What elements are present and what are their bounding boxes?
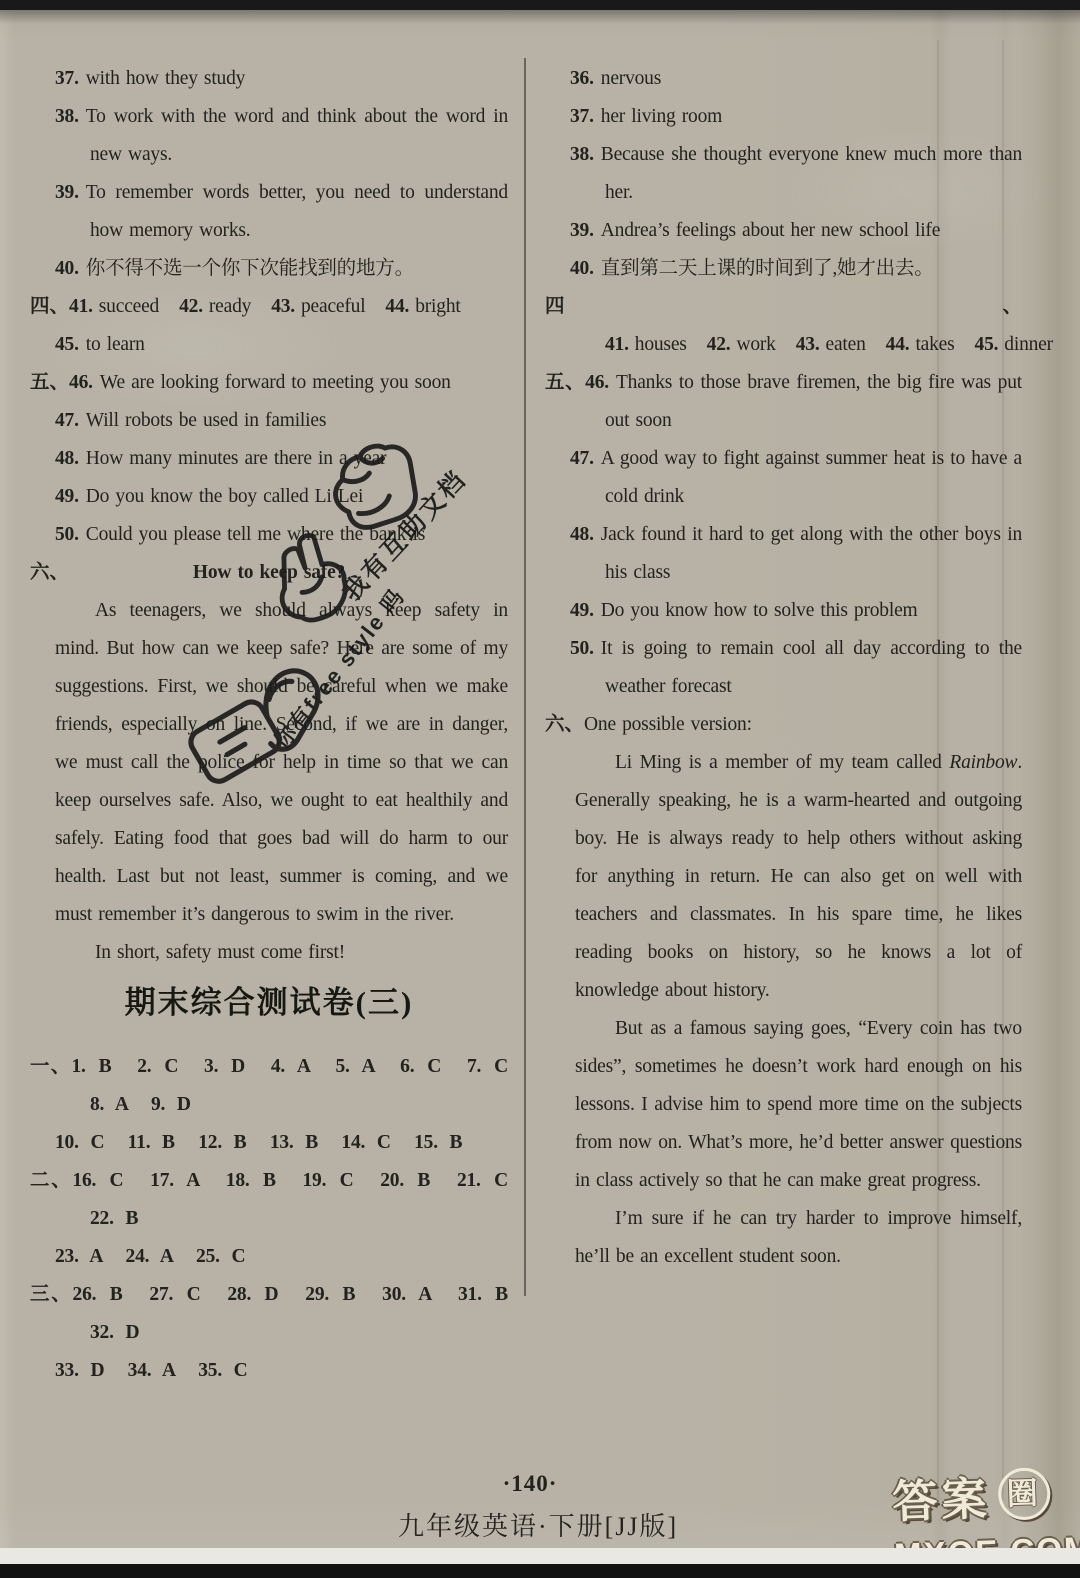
- item-number: 46.: [585, 372, 609, 393]
- answer-item: 47.Will robots be used in families: [30, 402, 508, 440]
- essay-title: How to keep safe?: [193, 562, 345, 583]
- item-text: How many minutes are there in a year: [86, 448, 387, 469]
- item-number: 49.: [55, 486, 79, 507]
- page-number: ·140·: [470, 1471, 590, 1497]
- item-number: 37.: [55, 68, 79, 89]
- answer-item-section4: 四、41.succeed42.ready43.peaceful44.bright: [30, 288, 508, 326]
- answer-item: 36.nervous: [545, 60, 1022, 98]
- answer-item: 38.To work with the word and think about…: [30, 98, 508, 174]
- brand-name: 答案: [891, 1462, 991, 1530]
- answer-item-section4: 四、41.houses42.work43.eaten44.takes45.din…: [545, 288, 1022, 364]
- item-number: 42.: [707, 334, 731, 355]
- item-number: 47.: [55, 410, 79, 431]
- test-paper-heading: 期末综合测试卷(三): [30, 978, 508, 1028]
- item-number: 47.: [570, 448, 594, 469]
- multiple-choice-row: 10. C 11. B 12. B 13. B 14. C 15. B: [30, 1124, 508, 1162]
- item-text: It is going to remain cool all day accor…: [601, 638, 1022, 697]
- answer-pair: 42.work: [707, 334, 776, 355]
- answer-pair: 44.bright: [385, 296, 460, 317]
- item-number: 37.: [570, 106, 594, 127]
- answer-item: 45.to learn: [30, 326, 508, 364]
- item-text: takes: [915, 334, 954, 355]
- essay-paragraph: As teenagers, we should always keep safe…: [30, 592, 508, 934]
- item-number: 38.: [55, 106, 79, 127]
- answer-item: 49.Do you know the boy called Li Lei: [30, 478, 508, 516]
- item-text: to learn: [86, 334, 145, 355]
- answer-item: 47.A good way to fight against summer he…: [545, 440, 1022, 516]
- section-marker: 四、: [30, 296, 69, 317]
- choice-answers: 26. B 27. C 28. D 29. B 30. A 31. B 32. …: [73, 1284, 532, 1343]
- essay-paragraph: But as a famous saying goes, “Every coin…: [545, 1010, 1022, 1200]
- multiple-choice-row: 23. A 24. A 25. C: [30, 1238, 508, 1276]
- item-number: 41.: [69, 296, 93, 317]
- item-number: 48.: [55, 448, 79, 469]
- section-marker: 二、: [30, 1170, 72, 1191]
- multiple-choice-row: 一、1. B 2. C 3. D 4. A 5. A 6. C 7. C 8. …: [30, 1048, 508, 1124]
- item-text: 你不得不选一个你下次能找到的地方。: [86, 258, 414, 279]
- item-text: succeed: [99, 296, 159, 317]
- right-column: 36.nervous 37.her living room 38.Because…: [545, 60, 1022, 1276]
- choice-answers: 23. A 24. A 25. C: [55, 1246, 245, 1267]
- brand-circle-char: 圈: [997, 1466, 1051, 1520]
- answer-pair: 44.takes: [886, 334, 955, 355]
- answer-item: 40.直到第二天上课的时间到了,她才出去。: [545, 250, 1022, 288]
- choice-answers: 33. D 34. A 35. C: [55, 1360, 248, 1381]
- essay-paragraph: Li Ming is a member of my team called Ra…: [545, 744, 1022, 1010]
- item-number: 42.: [179, 296, 203, 317]
- item-number: 40.: [55, 258, 79, 279]
- answer-pair: 42.ready: [179, 296, 251, 317]
- item-text: nervous: [601, 68, 661, 89]
- answer-item: 39.To remember words better, you need to…: [30, 174, 508, 250]
- item-number: 50.: [570, 638, 594, 659]
- answer-item: 39.Andrea’s feelings about her new schoo…: [545, 212, 1022, 250]
- choice-answers: 10. C 11. B 12. B 13. B 14. C 15. B: [55, 1132, 462, 1153]
- answer-item-section5: 五、46.We are looking forward to meeting y…: [30, 364, 508, 402]
- item-text: eaten: [826, 334, 866, 355]
- answer-item: 48.Jack found it hard to get along with …: [545, 516, 1022, 592]
- item-text: Because she thought everyone knew much m…: [601, 144, 1022, 203]
- item-text: To remember words better, you need to un…: [86, 182, 508, 241]
- item-number: 48.: [570, 524, 594, 545]
- item-number: 40.: [570, 258, 594, 279]
- answer-pair: 41.houses: [605, 334, 687, 355]
- item-text: Do you know how to solve this problem: [601, 600, 918, 621]
- item-text: We are looking forward to meeting you so…: [100, 372, 451, 393]
- essay-italic-word: Rainbow: [949, 752, 1017, 773]
- multiple-choice-row: 二、16. C 17. A 18. B 19. C 20. B 21. C 22…: [30, 1162, 508, 1238]
- essay-text: Li Ming is a member of my team called: [615, 752, 949, 773]
- item-number: 43.: [271, 296, 295, 317]
- answer-item: 49.Do you know how to solve this problem: [545, 592, 1022, 630]
- section-marker: 四、: [545, 296, 1022, 317]
- answer-item: 48.How many minutes are there in a year: [30, 440, 508, 478]
- answer-item: 37.her living room: [545, 98, 1022, 136]
- multiple-choice-row: 33. D 34. A 35. C: [30, 1352, 508, 1390]
- item-text: ready: [209, 296, 251, 317]
- answer-pair: 43.eaten: [796, 334, 866, 355]
- scan-edge-top-shadow: [0, 10, 1080, 24]
- choice-answers: 16. C 17. A 18. B 19. C 20. B 21. C 22. …: [72, 1170, 531, 1229]
- answer-item: 38.Because she thought everyone knew muc…: [545, 136, 1022, 212]
- item-text: work: [736, 334, 775, 355]
- item-number: 39.: [55, 182, 79, 203]
- item-number: 38.: [570, 144, 594, 165]
- item-number: 44.: [886, 334, 910, 355]
- item-number: 45.: [55, 334, 79, 355]
- item-text: A good way to fight against summer heat …: [601, 448, 1022, 507]
- essay-label: One possible version:: [584, 714, 752, 735]
- item-text: her living room: [601, 106, 722, 127]
- answer-pair: 41.succeed: [69, 296, 159, 317]
- item-text: peaceful: [301, 296, 365, 317]
- column-divider-rule: [524, 58, 526, 1296]
- answer-item: 40.你不得不选一个你下次能找到的地方。: [30, 250, 508, 288]
- multiple-choice-row: 三、26. B 27. C 28. D 29. B 30. A 31. B 32…: [30, 1276, 508, 1352]
- item-text: Jack found it hard to get along with the…: [601, 524, 1022, 583]
- answer-item-section5: 五、46.Thanks to those brave firemen, the …: [545, 364, 1022, 440]
- answer-pair: 45.dinner: [975, 334, 1053, 355]
- item-number: 44.: [385, 296, 409, 317]
- item-text: houses: [635, 334, 687, 355]
- item-text: To work with the word and think about th…: [86, 106, 508, 165]
- item-text: Could you please tell me where the bank …: [86, 524, 425, 545]
- book-footer: 九年级英语·下册[JJ版]: [398, 1506, 678, 1543]
- essay-text: . Generally speaking, he is a warm-heart…: [575, 752, 1022, 1001]
- scan-edge-top: [0, 0, 1080, 10]
- answer-item: 37.with how they study: [30, 60, 508, 98]
- item-text: Do you know the boy called Li Lei: [86, 486, 363, 507]
- item-number: 50.: [55, 524, 79, 545]
- section-marker: 六、: [545, 714, 584, 735]
- section-marker: 三、: [30, 1284, 73, 1305]
- item-text: bright: [415, 296, 460, 317]
- scan-edge-bottom-light: [0, 1548, 1080, 1564]
- essay-section-label: 六、One possible version:: [545, 706, 1022, 744]
- item-text: dinner: [1004, 334, 1053, 355]
- section-marker: 一、: [30, 1056, 71, 1077]
- item-number: 45.: [975, 334, 999, 355]
- item-number: 39.: [570, 220, 594, 241]
- item-number: 49.: [570, 600, 594, 621]
- scan-edge-bottom: [0, 1564, 1080, 1578]
- essay-title-line: 六、 How to keep safe?: [30, 554, 508, 592]
- essay-paragraph: I’m sure if he can try harder to improve…: [545, 1200, 1022, 1276]
- essay-paragraph: In short, safety must come first!: [30, 934, 508, 972]
- section-marker: 五、: [30, 372, 69, 393]
- choice-answers: 1. B 2. C 3. D 4. A 5. A 6. C 7. C 8. A …: [71, 1056, 531, 1115]
- section-marker: 六、: [30, 554, 69, 592]
- item-number: 43.: [796, 334, 820, 355]
- left-column: 37.with how they study 38.To work with t…: [30, 60, 508, 1390]
- item-text: Thanks to those brave firemen, the big f…: [605, 372, 1022, 431]
- answer-item: 50.It is going to remain cool all day ac…: [545, 630, 1022, 706]
- item-number: 46.: [69, 372, 93, 393]
- item-text: with how they study: [86, 68, 245, 89]
- answer-pair: 43.peaceful: [271, 296, 365, 317]
- section-marker: 五、: [545, 372, 585, 393]
- item-number: 41.: [605, 334, 629, 355]
- item-text: 直到第二天上课的时间到了,她才出去。: [601, 258, 934, 279]
- item-text: Andrea’s feelings about her new school l…: [601, 220, 940, 241]
- answer-item: 50.Could you please tell me where the ba…: [30, 516, 508, 554]
- item-text: Will robots be used in families: [86, 410, 326, 431]
- item-number: 36.: [570, 68, 594, 89]
